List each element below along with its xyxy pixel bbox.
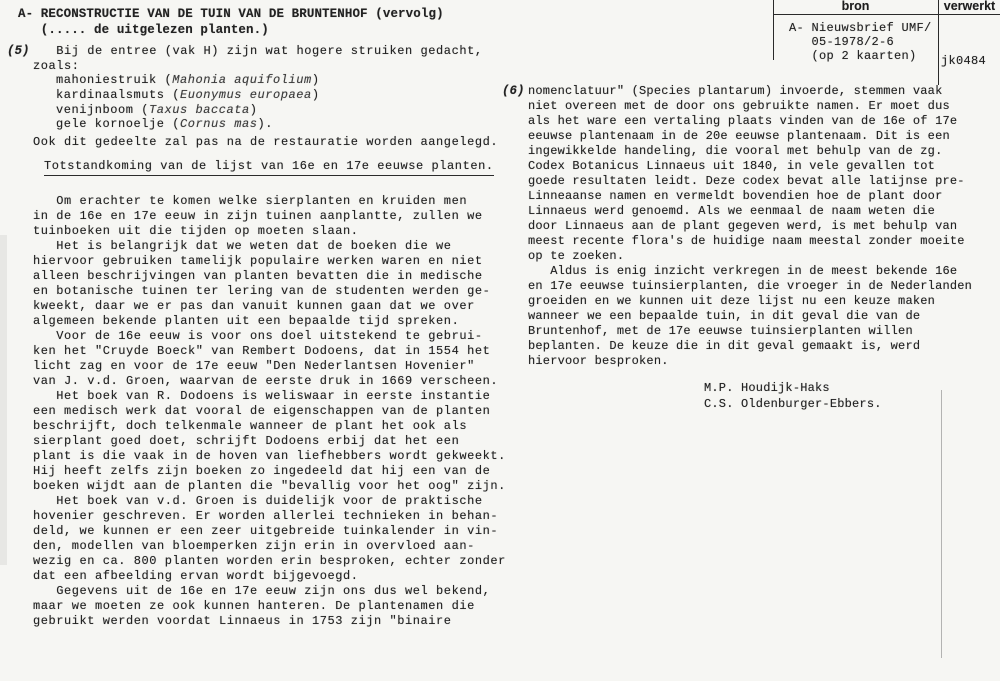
plant-latin-name: Cornus mas [180, 117, 258, 131]
plant-latin-name: Euonymus europaea [180, 88, 312, 102]
plant-paren: ). [258, 117, 274, 131]
plant-item: mahoniestruik (Mahonia aquifolium) [56, 73, 320, 88]
plant-item: gele kornoelje (Cornus mas). [56, 117, 320, 132]
paragraph-marker-6: (6) [502, 84, 525, 98]
scan-edge-smudge [0, 235, 7, 565]
bron-cell: A- Nieuwsbrief UMF/ 05-1978/2-6 (op 2 ka… [789, 22, 932, 63]
plant-latin-name: Mahonia aquifolium [172, 73, 312, 87]
plant-item: venijnboom (Taxus baccata) [56, 103, 320, 118]
plant-dutch-name: kardinaalsmuts ( [56, 88, 180, 102]
plant-item: kardinaalsmuts (Euonymus europaea) [56, 88, 320, 103]
section-heading: Totstandkoming van de lijst van 16e en 1… [44, 159, 494, 176]
page-title: A- RECONSTRUCTIE VAN DE TUIN VAN DE BRUN… [18, 6, 444, 38]
right-column-text: nomenclatuur" (Species plantarum) invoer… [528, 84, 972, 369]
plant-list: mahoniestruik (Mahonia aquifolium) kardi… [56, 73, 320, 132]
plant-paren: ) [312, 88, 320, 102]
verwerkt-cell: jk0484 [941, 55, 986, 69]
signature-block: M.P. Houdijk-Haks C.S. Oldenburger-Ebber… [704, 381, 882, 412]
plant-latin-name: Taxus baccata [149, 103, 250, 117]
plant-dutch-name: venijnboom ( [56, 103, 149, 117]
column-header-bron: bron [774, 0, 937, 13]
plant-dutch-name: gele kornoelje ( [56, 117, 180, 131]
scan-edge-line [941, 390, 942, 658]
paragraph-marker-5: (5) [7, 44, 30, 58]
section5-intro: Bij de entree (vak H) zijn wat hogere st… [33, 44, 483, 74]
table-header-rule [773, 14, 1000, 15]
plant-paren: ) [250, 103, 258, 117]
section5-closing: Ook dit gedeelte zal pas na de restaurat… [33, 135, 498, 150]
left-column-text: Om erachter te komen welke sierplanten e… [33, 194, 506, 629]
plant-paren: ) [312, 73, 320, 87]
document-page: A- RECONSTRUCTIE VAN DE TUIN VAN DE BRUN… [0, 0, 1000, 681]
column-header-verwerkt: verwerkt [939, 0, 1000, 13]
plant-dutch-name: mahoniestruik ( [56, 73, 172, 87]
